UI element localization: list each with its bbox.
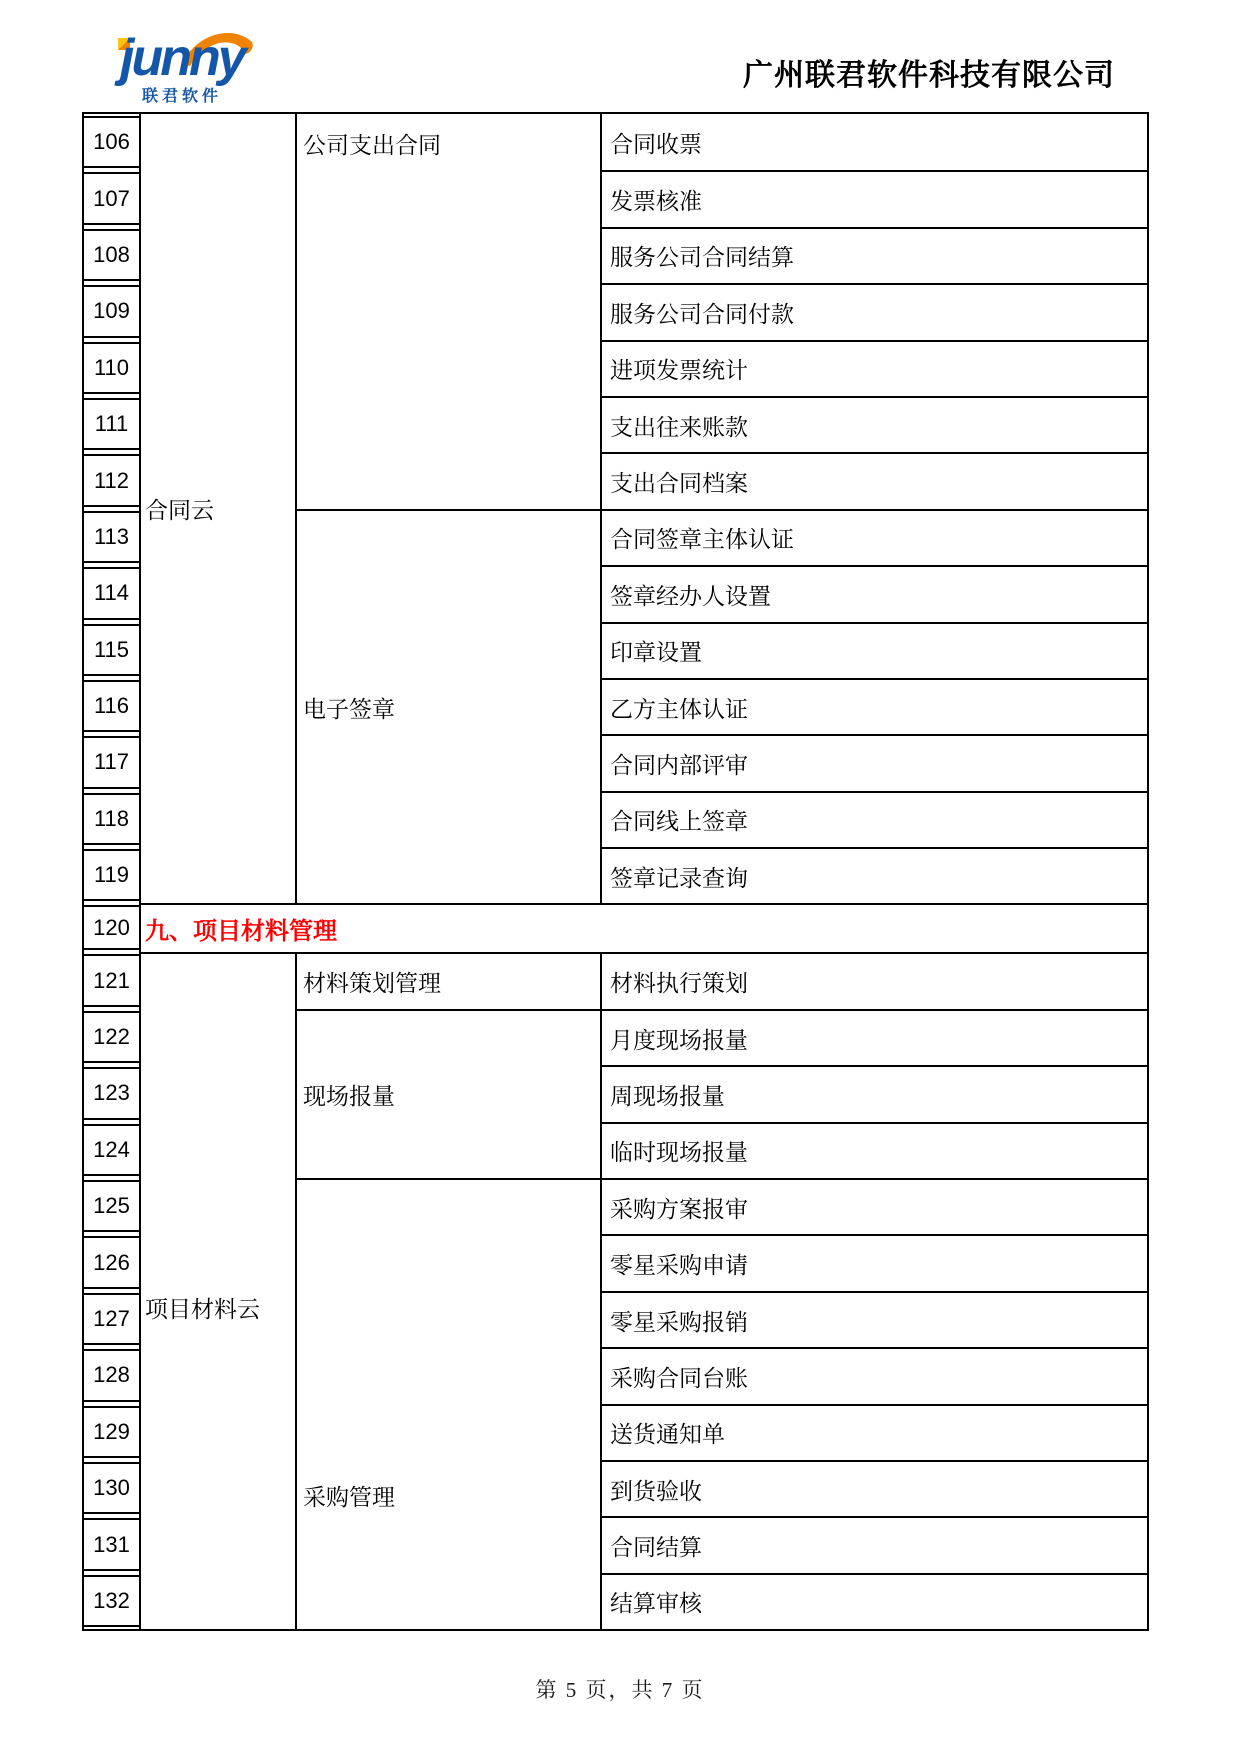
company-name: 广州联君软件科技有限公司 [743, 50, 1115, 94]
subcategory-cell: 采购管理 [295, 1178, 600, 1629]
row-number: 128 [84, 1349, 139, 1401]
item-cell: 周现场报量 [600, 1065, 1147, 1121]
row-number: 130 [84, 1462, 139, 1514]
row-number: 132 [84, 1575, 139, 1627]
row-number: 115 [84, 624, 139, 676]
subcategory-cell: 电子签章 [295, 509, 600, 904]
logo-brand-text: junny [120, 32, 244, 84]
row-number: 116 [84, 680, 139, 732]
item-cell: 印章设置 [600, 622, 1147, 678]
item-cell: 进项发票统计 [600, 340, 1147, 396]
item-cell: 采购合同台账 [600, 1347, 1147, 1403]
row-number: 122 [84, 1011, 139, 1063]
row-number: 121 [84, 954, 139, 1006]
item-cell: 服务公司合同结算 [600, 227, 1147, 283]
item-cell: 签章记录查询 [600, 847, 1147, 903]
item-cell: 送货通知单 [600, 1404, 1147, 1460]
section-title: 九、项目材料管理 [139, 903, 1147, 952]
item-cell: 合同线上签章 [600, 791, 1147, 847]
item-cell: 临时现场报量 [600, 1122, 1147, 1178]
row-number: 106 [84, 116, 139, 168]
row-number: 114 [84, 567, 139, 619]
row-number: 117 [84, 736, 139, 788]
row-number: 109 [84, 285, 139, 337]
item-cell: 发票核准 [600, 170, 1147, 226]
subcategory-cell: 公司支出合同 [295, 114, 600, 509]
row-number: 113 [84, 511, 139, 563]
item-cell: 支出合同档案 [600, 452, 1147, 508]
row-number: 118 [84, 793, 139, 845]
row-number: 124 [84, 1124, 139, 1176]
item-cell: 材料执行策划 [600, 952, 1147, 1008]
logo-subtitle-text: 联君软件 [142, 83, 222, 106]
item-cell: 支出往来账款 [600, 396, 1147, 452]
item-cell: 月度现场报量 [600, 1009, 1147, 1065]
row-number: 120 [84, 905, 139, 950]
page-footer: 第 5 页，共 7 页 [0, 1674, 1240, 1704]
item-cell: 到货验收 [600, 1460, 1147, 1516]
item-cell: 服务公司合同付款 [600, 283, 1147, 339]
company-logo: junny 联君软件 [118, 30, 278, 110]
item-cell: 合同结算 [600, 1516, 1147, 1572]
row-number: 125 [84, 1180, 139, 1232]
row-number: 108 [84, 229, 139, 281]
row-number: 112 [84, 454, 139, 506]
subcategory-cell: 现场报量 [295, 1009, 600, 1178]
item-cell: 合同签章主体认证 [600, 509, 1147, 565]
row-number: 131 [84, 1518, 139, 1570]
item-cell: 签章经办人设置 [600, 565, 1147, 621]
row-number: 129 [84, 1406, 139, 1458]
row-number: 127 [84, 1293, 139, 1345]
row-number: 126 [84, 1236, 139, 1288]
row-number: 111 [84, 398, 139, 450]
item-cell: 零星采购报销 [600, 1291, 1147, 1347]
row-number: 119 [84, 849, 139, 901]
item-cell: 合同收票 [600, 114, 1147, 170]
category-cell: 合同云 [139, 114, 295, 903]
row-number: 110 [84, 342, 139, 394]
subcategory-cell: 材料策划管理 [295, 952, 600, 1008]
item-cell: 零星采购申请 [600, 1234, 1147, 1290]
category-cell: 项目材料云 [139, 952, 295, 1629]
item-cell: 结算审核 [600, 1573, 1147, 1629]
catalog-table: 106合同收票107发票核准108服务公司合同结算109服务公司合同付款110进… [82, 112, 1149, 1631]
row-number: 107 [84, 172, 139, 224]
row-number: 123 [84, 1067, 139, 1119]
item-cell: 采购方案报审 [600, 1178, 1147, 1234]
item-cell: 合同内部评审 [600, 734, 1147, 790]
item-cell: 乙方主体认证 [600, 678, 1147, 734]
